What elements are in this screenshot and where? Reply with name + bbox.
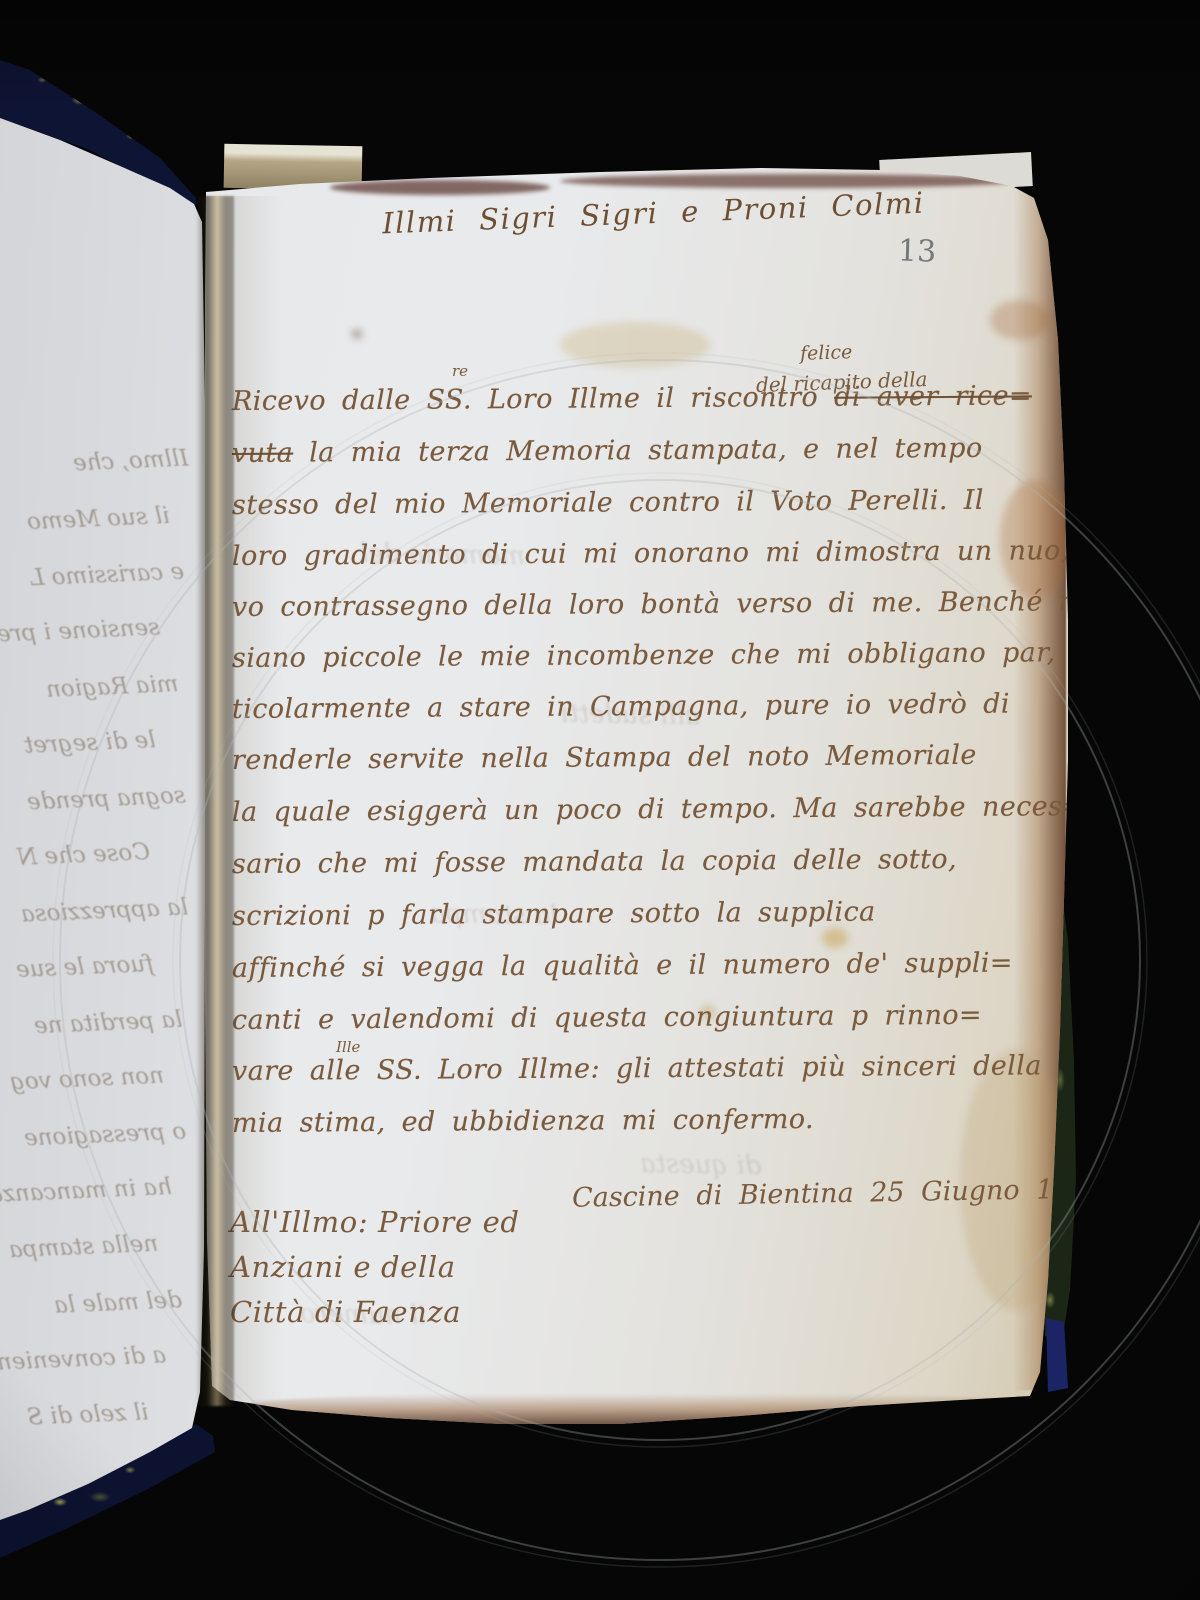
line-text: Ricevo dalle SS. Loro Illme il riscontro (232, 382, 834, 417)
bleedthrough-line: di questa (640, 1149, 762, 1181)
manuscript-photograph: Illmo, che il suo Memo e carissimo L sen… (0, 0, 1200, 1600)
manuscript-line: sario che mi fosse mandata la copia dell… (232, 844, 957, 880)
address-line: Anziani e della (230, 1250, 456, 1284)
stain (990, 300, 1050, 340)
manuscript-line: ticolarmente a stare in Campagna, pure i… (232, 689, 1010, 725)
bleedthrough-line: nella stampa (8, 1231, 158, 1263)
folio-number: 13 (897, 233, 936, 269)
bleedthrough-line: fuora le sue (16, 951, 155, 983)
book-gutter (196, 196, 234, 1406)
bleedthrough-line: Illmo, che (72, 445, 188, 476)
manuscript-line: vare alle SS. Loro Illme: gli attestati … (232, 1050, 1042, 1087)
stain (240, 1440, 300, 1462)
superscript-abbreviation: re (452, 362, 468, 380)
browned-bottom-edge (210, 1394, 1060, 1428)
burn-mark-top (560, 174, 1020, 188)
manuscript-line: vo contrassegno della loro bontà verso d… (232, 586, 1111, 623)
struck-text: di aver rice= (834, 380, 1032, 412)
bleedthrough-line: sogna prende (27, 783, 187, 816)
manuscript-line: la quale esiggerà un poco di tempo. Ma s… (232, 791, 1086, 828)
manuscript-line: renderle servite nella Stampa del noto M… (232, 740, 977, 776)
interlinear-insertion: felice (800, 341, 853, 365)
manuscript-line: stesso del mio Memoriale contro il Voto … (232, 485, 984, 521)
bleedthrough-line: non sono vog (10, 1063, 165, 1096)
manuscript-line: mia stima, ed ubbidienza mi confermo. (232, 1104, 814, 1139)
manuscript-line: Ricevo dalle SS. Loro Illme il riscontro… (232, 380, 1032, 417)
bleedthrough-line: Cose che N (17, 839, 151, 871)
manuscript-line: vuta la mia terza Memoria stampata, e ne… (232, 433, 983, 469)
struck-text: vuta (232, 438, 293, 469)
address-line: All'Illmo: Priore ed (230, 1205, 520, 1239)
bleedthrough-line: il zelo di S (26, 1399, 148, 1430)
bleedthrough-line: e carissimo L (28, 559, 184, 592)
stain (352, 330, 362, 338)
bleedthrough-line: del male la (54, 1287, 183, 1319)
manuscript-line: siano piccole le mie incombenze che mi o… (232, 637, 1056, 674)
bleedthrough-line: la apprezziosa (20, 894, 188, 927)
bleedthrough-line: o pressagione (23, 1118, 186, 1151)
address-line: Città di Faenza (230, 1295, 461, 1329)
manuscript-line: scrizioni p farla stampare sotto la supp… (232, 897, 876, 932)
manuscript-line: canti e valendomi di questa congiuntura … (232, 1000, 982, 1036)
manuscript-line: loro gradimento di cui mi onorano mi dim… (232, 535, 1070, 572)
stain (822, 928, 848, 948)
superscript-abbreviation: Ille (336, 1038, 360, 1056)
manuscript-line: affinché si vegga la qualità e il numero… (232, 948, 1013, 984)
bleedthrough-line: sensione i pre (0, 614, 160, 647)
bleedthrough-line: la perdita ne (33, 1007, 182, 1039)
bleedthrough-line: mia Ragion (45, 671, 179, 703)
bleedthrough-line: ha in mancanza (0, 1174, 172, 1208)
bleedthrough-line: le di segret (24, 727, 157, 759)
line-text: la mia terza Memoria stampata, e nel tem… (293, 433, 983, 469)
burn-mark-top (330, 180, 550, 195)
stain (560, 322, 710, 368)
bleedthrough-line: a di convenien (0, 1342, 166, 1375)
bleedthrough-line: il suo Memo (27, 503, 171, 535)
